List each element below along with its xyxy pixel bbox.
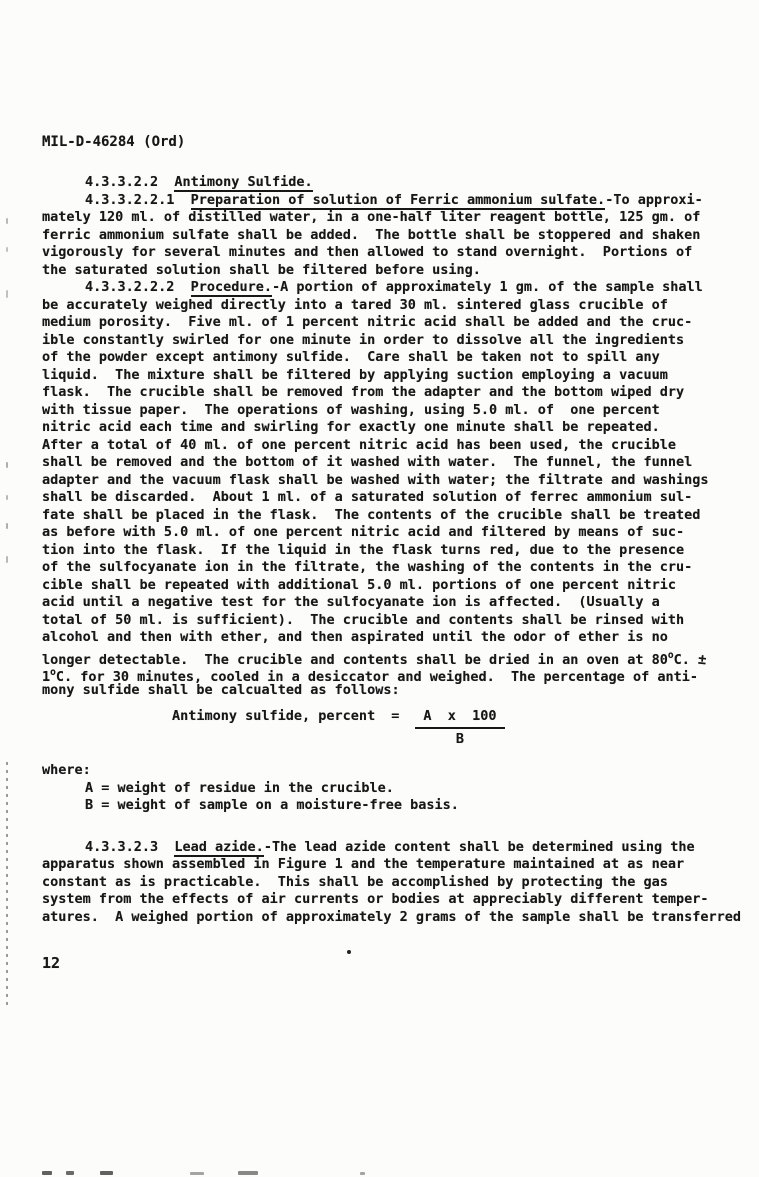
- formula-label: Antimony sulfide, percent: [172, 708, 375, 724]
- scan-artifact: [6, 290, 8, 298]
- paragraph-procedure: be accurately weighed directly into a ta…: [42, 297, 754, 647]
- text-line: as before with 5.0 ml. of one percent ni…: [42, 524, 754, 542]
- text-line-temperature-tolerance: 1oC. for 30 minutes, cooled in a desicca…: [42, 664, 754, 682]
- paragraph-preparation: mately 120 ml. of distilled water, in a …: [42, 209, 754, 279]
- section-title: Lead azide.: [174, 839, 263, 857]
- section-number: 4.3.3.2.2.2: [85, 279, 191, 295]
- where-definition-a: A = weight of residue in the crucible.: [42, 780, 754, 798]
- section-title: Antimony Sulfide.: [174, 174, 312, 192]
- text-line: shall be discarded. About 1 ml. of a sat…: [42, 489, 754, 507]
- scanned-document-page: MIL-D-46284 (Ord) 4.3.3.2.2 Antimony Sul…: [0, 0, 759, 1177]
- text-line: system from the effects of air currents …: [42, 891, 754, 909]
- text-line: total of 50 ml. is sufficient). The cruc…: [42, 612, 754, 630]
- vertical-spacer: [42, 699, 754, 707]
- plus-minus-mark: ±: [697, 651, 707, 669]
- formula-numerator: A x 100: [415, 707, 504, 729]
- text-line: vigorously for several minutes and then …: [42, 244, 754, 262]
- ink-speck: [347, 950, 351, 954]
- scan-artifact: [238, 1171, 258, 1175]
- text-line: adapter and the vacuum flask shall be wa…: [42, 472, 754, 490]
- scan-artifact-dashed-line: [6, 762, 8, 1007]
- section-heading-preparation: 4.3.3.2.2.1 Preparation of solution of F…: [42, 192, 754, 210]
- scan-artifact: [42, 1171, 52, 1175]
- antimony-sulfide-formula: Antimony sulfide, percent=A x 100B: [42, 707, 754, 748]
- scan-artifact: [6, 247, 8, 252]
- text-line: alcohol and then with ether, and then as…: [42, 629, 754, 647]
- text-line: ferric ammonium sulfate shall be added. …: [42, 227, 754, 245]
- text-line: medium porosity. Five ml. of 1 percent n…: [42, 314, 754, 332]
- text-line: the saturated solution shall be filtered…: [42, 262, 754, 280]
- text-line: liquid. The mixture shall be filtered by…: [42, 367, 754, 385]
- text-line: mately 120 ml. of distilled water, in a …: [42, 209, 754, 227]
- formula-fraction: A x 100B: [415, 707, 504, 748]
- section-title-continuation: -A portion of approximately 1 gm. of the…: [272, 279, 703, 295]
- section-title-continuation: -To approxi-: [605, 192, 703, 208]
- text-line: be accurately weighed directly into a ta…: [42, 297, 754, 315]
- text-line: cible shall be repeated with additional …: [42, 577, 754, 595]
- where-definition-b: B = weight of sample on a moisture-free …: [42, 797, 754, 815]
- text-line: After a total of 40 ml. of one percent n…: [42, 437, 754, 455]
- section-number: 4.3.3.2.3: [85, 839, 174, 855]
- page-number: 12: [42, 954, 60, 972]
- text-line-oven-temperature: longer detectable. The crucible and cont…: [42, 647, 754, 665]
- section-heading-antimony-sulfide: 4.3.3.2.2 Antimony Sulfide.: [42, 174, 754, 192]
- scan-artifact: [6, 462, 8, 468]
- where-label: where:: [42, 762, 754, 780]
- text-line: fate shall be placed in the flask. The c…: [42, 507, 754, 525]
- section-number: 4.3.3.2.2.1: [85, 192, 191, 208]
- scan-artifact: [190, 1172, 204, 1175]
- section-title: Preparation of solution of Ferric ammoni…: [191, 192, 606, 210]
- scan-artifact: [6, 556, 8, 563]
- text-line: nitric acid each time and swirling for e…: [42, 419, 754, 437]
- text-line: with tissue paper. The operations of was…: [42, 402, 754, 420]
- scan-artifact: [6, 218, 8, 224]
- text-line: apparatus shown assembled in Figure 1 an…: [42, 856, 754, 874]
- vertical-spacer: [42, 748, 754, 762]
- section-number: 4.3.3.2.2: [85, 174, 174, 190]
- text-line: ible constantly swirled for one minute i…: [42, 332, 754, 350]
- scan-artifact: [66, 1171, 74, 1175]
- scan-artifact: [6, 495, 8, 500]
- text-line: acid until a negative test for the sulfo…: [42, 594, 754, 612]
- section-title: Procedure.: [191, 279, 272, 297]
- text-line: flask. The crucible shall be removed fro…: [42, 384, 754, 402]
- text-line: of the sulfocyanate ion in the filtrate,…: [42, 559, 754, 577]
- text-line: shall be removed and the bottom of it wa…: [42, 454, 754, 472]
- scan-artifact: [360, 1172, 365, 1175]
- text-line: of the powder except antimony sulfide. C…: [42, 349, 754, 367]
- text-line: atures. A weighed portion of approximate…: [42, 909, 754, 927]
- scan-artifact: [6, 523, 8, 529]
- section-heading-lead-azide: 4.3.3.2.3 Lead azide.-The lead azide con…: [42, 839, 754, 857]
- equals-sign: =: [391, 708, 399, 724]
- text-line: constant as is practicable. This shall b…: [42, 874, 754, 892]
- spec-number-header: MIL-D-46284 (Ord): [42, 134, 185, 150]
- section-title-continuation: -The lead azide content shall be determi…: [264, 839, 695, 855]
- text-line: tion into the flask. If the liquid in th…: [42, 542, 754, 560]
- section-heading-procedure: 4.3.3.2.2.2 Procedure.-A portion of appr…: [42, 279, 754, 297]
- document-body: 4.3.3.2.2 Antimony Sulfide. 4.3.3.2.2.1 …: [42, 174, 754, 926]
- scan-artifact: [100, 1171, 113, 1175]
- vertical-spacer: [42, 815, 754, 839]
- formula-denominator: B: [415, 729, 504, 748]
- paragraph-lead-azide: apparatus shown assembled in Figure 1 an…: [42, 856, 754, 926]
